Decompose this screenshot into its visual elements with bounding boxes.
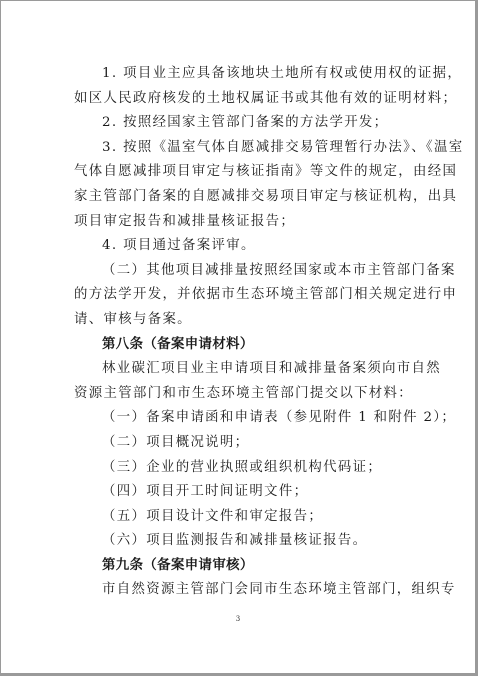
- list-item-4: 4. 项目通过备案评审。: [74, 234, 420, 259]
- paragraph-other-projects-line-1: （二）其他项目减排量按照经国家或本市主管部门备案: [74, 259, 420, 284]
- material-item-3: （三）企业的营业执照或组织机构代码证；: [74, 456, 420, 481]
- article-8-heading: 第八条（备案申请材料）: [74, 333, 420, 358]
- material-item-6: （六）项目监测报告和减排量核证报告。: [74, 529, 420, 554]
- list-item-3-line-2: 气体自愿减排项目审定与核证指南》等文件的规定，由经国: [74, 160, 420, 185]
- material-item-5: （五）项目设计文件和审定报告；: [74, 505, 420, 530]
- material-item-2: （二）项目概况说明；: [74, 431, 420, 456]
- list-item-3-line-4: 项目审定报告和减排量核证报告；: [74, 210, 420, 235]
- material-item-1: （一）备案申请函和申请表（参见附件 1 和附件 2）；: [74, 406, 420, 431]
- paragraph-other-projects-line-3: 请、审核与备案。: [74, 308, 420, 333]
- material-item-4: （四）项目开工时间证明文件；: [74, 480, 420, 505]
- list-item-3-line-1: 3. 按照《温室气体自愿减排交易管理暂行办法》、《温室: [74, 136, 420, 161]
- list-item-1-line-1: 1. 项目业主应具备该地块土地所有权或使用权的证据，: [74, 62, 420, 87]
- document-body: 1. 项目业主应具备该地块土地所有权或使用权的证据， 如区人民政府核发的土地权属…: [74, 62, 420, 603]
- article-8-intro-line-2: 资源主管部门和市生态环境主管部门提交以下材料：: [74, 382, 420, 407]
- article-8-intro-line-1: 林业碳汇项目业主申请项目和减排量备案须向市自然: [74, 357, 420, 382]
- list-item-3-line-3: 家主管部门备案的自愿减排交易项目审定与核证机构，出具: [74, 185, 420, 210]
- list-item-2: 2. 按照经国家主管部门备案的方法学开发；: [74, 111, 420, 136]
- article-9-body-line-1: 市自然资源主管部门会同市生态环境主管部门，组织专: [74, 578, 420, 603]
- page-number: 3: [1, 615, 475, 623]
- article-9-heading: 第九条（备案申请审核）: [74, 554, 420, 579]
- paragraph-other-projects-line-2: 的方法学开发，并依据市生态环境主管部门相关规定进行申: [74, 283, 420, 308]
- document-page: 1. 项目业主应具备该地块土地所有权或使用权的证据， 如区人民政府核发的土地权属…: [1, 1, 475, 673]
- list-item-1-line-2: 如区人民政府核发的土地权属证书或其他有效的证明材料；: [74, 87, 420, 112]
